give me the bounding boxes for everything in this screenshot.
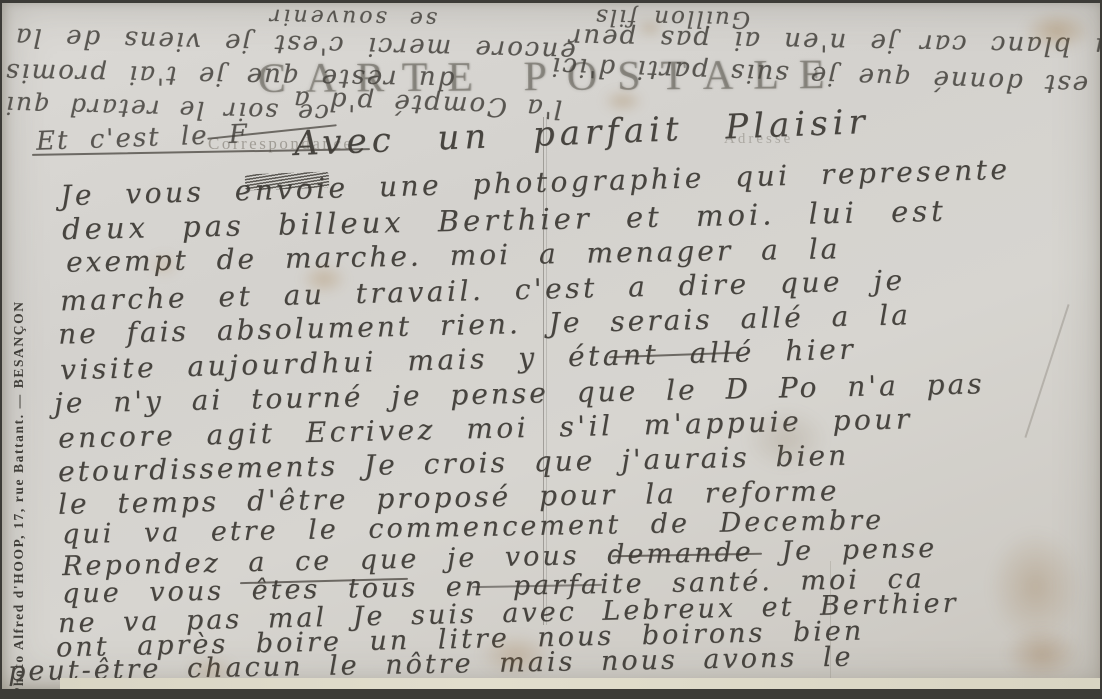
scanned-postcard-photo: CARTE POSTALE Correspondance Adresse Pho… (0, 0, 1102, 699)
stain-bottom-centre (478, 633, 553, 677)
stain-bottom-right-corner (1004, 627, 1080, 681)
handwriting-inverted-line-1: se souvenir (267, 4, 438, 32)
stain-centre (744, 407, 828, 471)
stain-left-mid-2 (148, 253, 180, 277)
photographer-credit: Photo Alfred d'HOOP, 17, rue Battant. — … (11, 300, 27, 689)
crease-bottom-vertical (830, 561, 831, 689)
under-card-edge (60, 678, 1100, 689)
crease-right-diagonal (1024, 304, 1069, 438)
postcard-back: CARTE POSTALE Correspondance Adresse Pho… (2, 3, 1100, 689)
stain-title (602, 89, 644, 113)
ink-scribble-une (245, 172, 330, 191)
stain-top-right (1022, 11, 1092, 51)
stain-left-mid (300, 263, 348, 295)
handwriting-inverted-line-7: Guillon fils (594, 4, 751, 33)
stain-small-title (636, 19, 664, 37)
